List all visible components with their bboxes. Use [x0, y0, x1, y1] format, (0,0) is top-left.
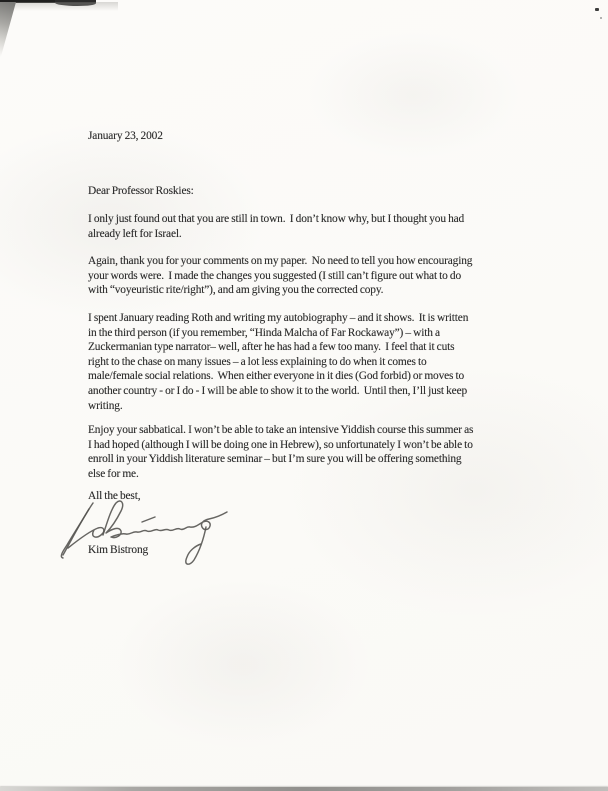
body-paragraph-2: Again, thank you for your comments on my… [88, 254, 472, 298]
text-line: another country - or I do - I will be ab… [88, 384, 468, 399]
text-line: right to the chase on many issues – a lo… [88, 355, 468, 370]
letter-date: January 23, 2002 [88, 129, 163, 144]
scan-artifact-speck [595, 8, 599, 11]
text-line: writing. [88, 399, 468, 414]
text-line: I spent January reading Roth and writing… [88, 311, 468, 326]
body-paragraph-1: I only just found out that you are still… [88, 212, 464, 241]
text-line: I only just found out that you are still… [88, 212, 464, 227]
scan-artifact-bottom-edge [0, 787, 608, 791]
text-line: enroll in your Yiddish literature semina… [88, 452, 473, 467]
handwritten-signature [56, 497, 246, 575]
scan-artifact-speck [600, 17, 602, 19]
body-paragraph-4: Enjoy your sabbatical. I won’t be able t… [88, 423, 473, 481]
text-line: Enjoy your sabbatical. I won’t be able t… [88, 423, 473, 438]
text-line: with “voyeuristic rite/right”), and am g… [88, 283, 472, 298]
text-line: male/female social relations. When eithe… [88, 369, 468, 384]
text-line: Again, thank you for your comments on my… [88, 254, 472, 269]
typed-signature-name: Kim Bistrong [88, 543, 148, 558]
scan-artifact-top-haze [8, 2, 118, 11]
body-paragraph-3: I spent January reading Roth and writing… [88, 311, 468, 413]
text-line: your words were. I made the changes you … [88, 269, 472, 284]
text-line: Zuckermanian type narrator– well, after … [88, 340, 468, 355]
text-line: else for me. [88, 467, 473, 482]
text-line: in the third person (if you remember, “H… [88, 326, 468, 341]
text-line: already left for Israel. [88, 227, 464, 242]
salutation: Dear Professor Roskies: [88, 184, 194, 199]
scanned-letter-page: January 23, 2002 Dear Professor Roskies:… [0, 0, 608, 791]
text-line: I had hoped (although I will be doing on… [88, 438, 473, 453]
